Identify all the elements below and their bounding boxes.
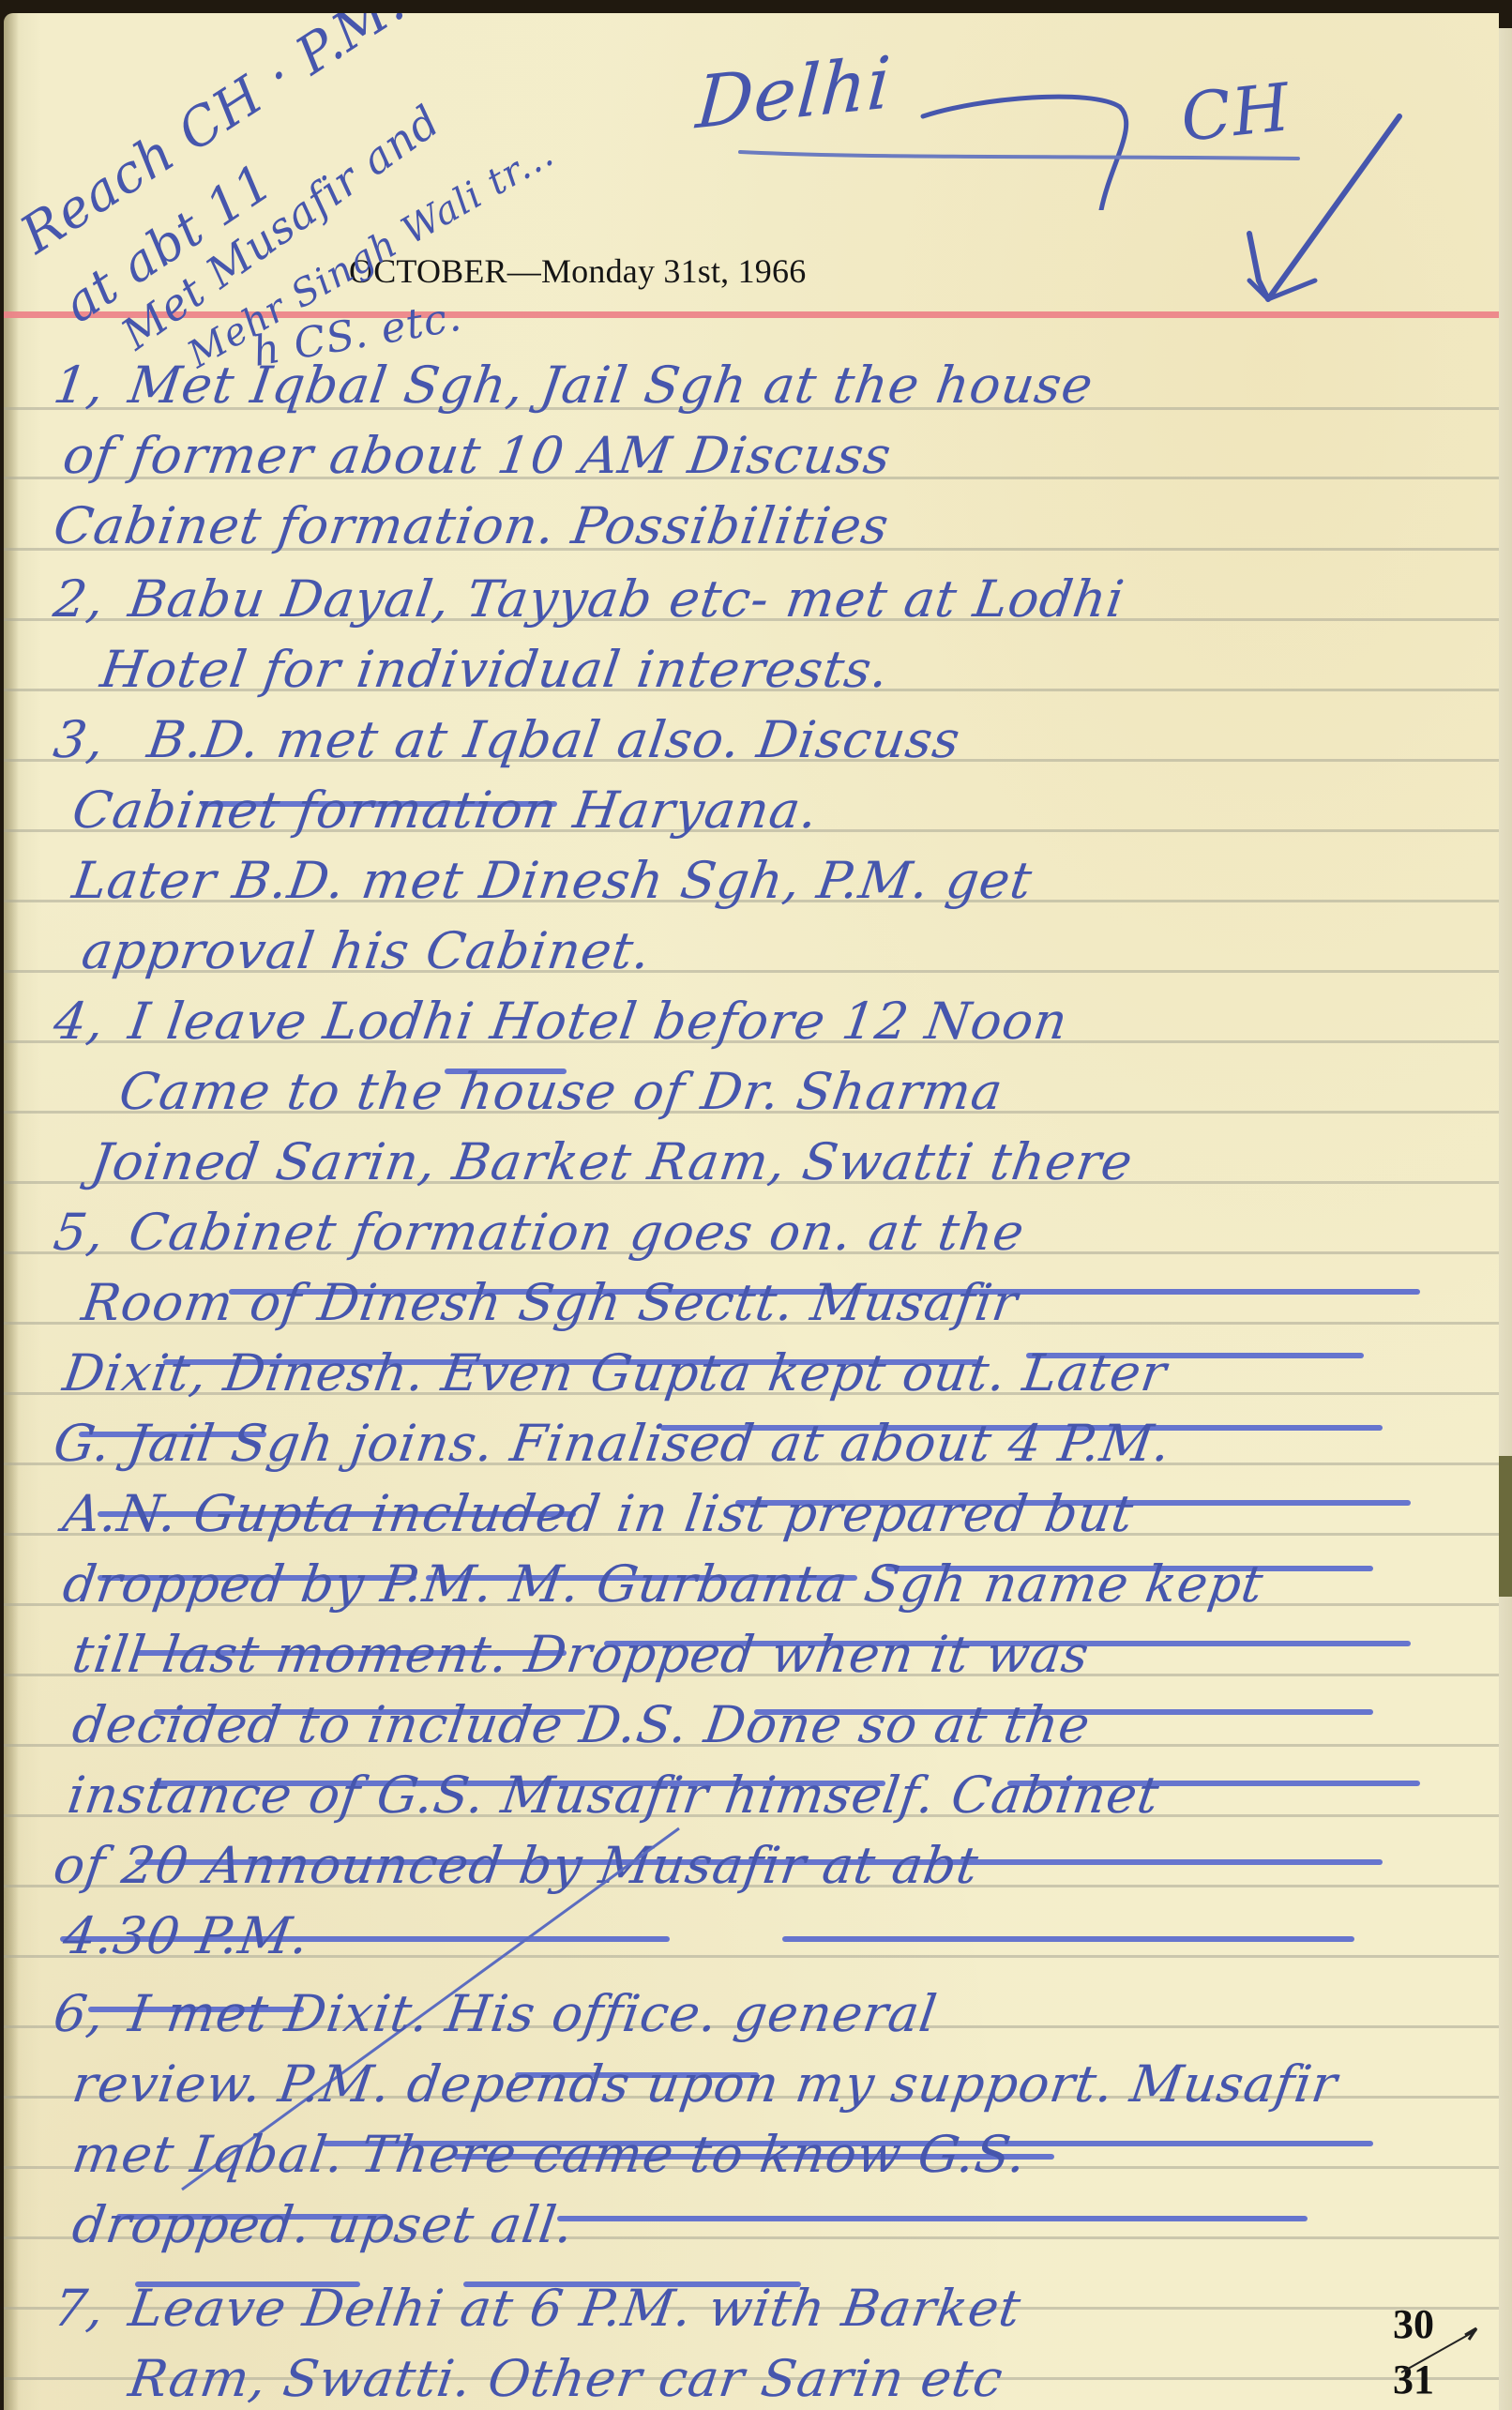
entry-4-line-2: Came to the house of Dr. Sharma bbox=[116, 1067, 1006, 1117]
underline-mark bbox=[782, 1936, 1354, 1942]
entry-3-line-4: approval his Cabinet. bbox=[79, 926, 654, 977]
entry-4-line-3: Joined Sarin, Barket Ram, Swatti there bbox=[88, 1137, 1136, 1188]
entry-2-line-1: Babu Dayal, Tayyab etc- met at Lodhi bbox=[126, 574, 1127, 625]
checkmark-icon bbox=[1240, 112, 1409, 327]
binding-strip bbox=[1499, 1456, 1512, 1597]
header-separator: — bbox=[507, 252, 541, 290]
underline-mark bbox=[557, 2216, 1308, 2221]
entry-3-line-1: B.D. met at Iqbal also. Discuss bbox=[144, 715, 963, 765]
header-day: 31st, bbox=[663, 252, 729, 290]
entry-1-line-1: Met Iqbal Sgh, Jail Sgh at the house bbox=[126, 360, 1096, 411]
arrow-icon bbox=[735, 88, 1317, 210]
entry-6-line-1: I met Dixit. His office. general bbox=[126, 1989, 940, 2039]
entry-4-line-1: I leave Lodhi Hotel before 12 Noon bbox=[126, 996, 1071, 1047]
entry-5-line-5: A.N. Gupta included in list prepared but bbox=[60, 1489, 1137, 1539]
entry-5-line-9: instance of G.S. Musafir himself. Cabine… bbox=[65, 1770, 1162, 1821]
entry-7-line-2: Ram, Swatti. Other car Sarin etc bbox=[126, 2354, 1006, 2404]
entry-2-number: 2, bbox=[51, 574, 108, 625]
entry-4-number: 4, bbox=[51, 996, 108, 1047]
entry-5-number: 5, bbox=[51, 1207, 108, 1258]
entry-7-number: 7, bbox=[51, 2283, 108, 2334]
diary-page: OCTOBER—Monday 31st, 1966 Reach CH · P.M… bbox=[4, 13, 1499, 2410]
entry-6-number: 6, bbox=[51, 1989, 108, 2039]
entry-6-line-4: dropped. upset all. bbox=[69, 2200, 577, 2251]
entry-3-number: 3, bbox=[51, 715, 108, 765]
entry-6-line-2: review. P.M. depends upon my support. Mu… bbox=[69, 2059, 1340, 2110]
spine-shadow bbox=[4, 13, 19, 2410]
entry-5-line-6: dropped by P.M. M. Gurbanta Sgh name kep… bbox=[60, 1559, 1266, 1610]
entry-5-line-8: decided to include D.S. Done so at the bbox=[69, 1700, 1094, 1751]
entry-1-number: 1, bbox=[51, 360, 108, 411]
pen-tick-mark bbox=[1383, 2302, 1486, 2377]
entry-6-line-3: met Iqbal. There came to know G.S. bbox=[69, 2130, 1030, 2180]
printed-date-header: OCTOBER—Monday 31st, 1966 bbox=[349, 251, 806, 291]
entry-3-line-2: Cabinet formation Haryana. bbox=[69, 785, 822, 836]
entry-7-line-1: Leave Delhi at 6 P.M. with Barket bbox=[126, 2283, 1024, 2334]
entry-1-line-2: of former about 10 AM Discuss bbox=[60, 431, 895, 481]
header-day-of-week: Monday bbox=[541, 252, 655, 290]
entry-2-line-2: Hotel for individual interests. bbox=[98, 644, 892, 695]
entry-3-line-3: Later B.D. met Dinesh Sgh, P.M. get bbox=[69, 856, 1036, 906]
entry-5-line-7: till last moment. Dropped when it was bbox=[69, 1629, 1093, 1680]
entry-5-line-2: Room of Dinesh Sgh Sectt. Musafir bbox=[79, 1278, 1021, 1328]
entry-5-line-4: G. Jail Sgh joins. Finalised at about 4 … bbox=[51, 1418, 1174, 1469]
entry-1-line-3: Cabinet formation. Possibilities bbox=[51, 501, 892, 552]
entry-5-line-3: Dixit, Dinesh. Even Gupta kept out. Late… bbox=[60, 1348, 1170, 1399]
entry-5-line-1: Cabinet formation goes on. at the bbox=[126, 1207, 1028, 1258]
header-year: 1966 bbox=[738, 252, 807, 290]
